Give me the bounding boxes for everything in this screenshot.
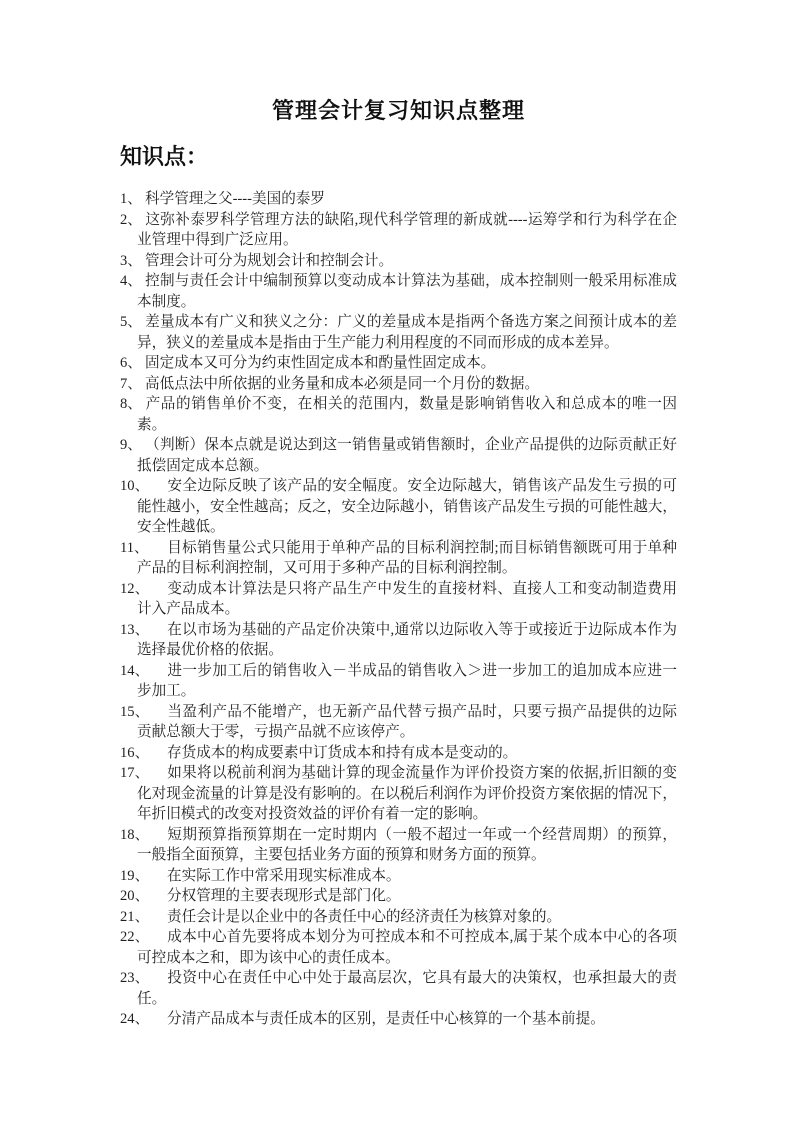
list-item: 13、在以市场为基础的产品定价决策中,通常以边际收入等于或接近于边际成本作为选择… — [120, 620, 677, 661]
item-number: 18、 — [120, 825, 167, 846]
knowledge-points-list: 1、科学管理之父----美国的泰罗2、这弥补泰罗科学管理方法的缺陷,现代科学管理… — [120, 189, 677, 1030]
item-number: 2、 — [120, 210, 145, 231]
list-item: 10、安全边际反映了该产品的安全幅度。安全边际越大，销售该产品发生亏损的可能性越… — [120, 476, 677, 538]
item-number: 4、 — [120, 271, 145, 292]
item-text: 短期预算指预算期在一定时期内（一般不超过一年或一个经营周期）的预算，一般指全面预… — [137, 827, 677, 864]
item-text: 产品的销售单价不变，在相关的范围内，数量是影响销售收入和总成本的唯一因素。 — [137, 396, 677, 433]
item-text: 投资中心在责任中心中处于最高层次，它具有最大的决策权，也承担最大的责任。 — [137, 970, 677, 1007]
item-text: 高低点法中所依据的业务量和成本必须是同一个月份的数据。 — [145, 376, 539, 392]
item-number: 6、 — [120, 353, 145, 374]
item-text: 变动成本计算法是只将产品生产中发生的直接材料、直接人工和变动制造费用计入产品成本… — [137, 581, 677, 618]
item-number: 3、 — [120, 251, 145, 272]
item-number: 24、 — [120, 1009, 167, 1030]
list-item: 20、分权管理的主要表现形式是部门化。 — [120, 886, 677, 907]
item-text: （判断）保本点就是说达到这一销售量或销售额时，企业产品提供的边际贡献正好抵偿固定… — [137, 437, 677, 474]
item-number: 5、 — [120, 312, 145, 333]
list-item: 1、科学管理之父----美国的泰罗 — [120, 189, 677, 210]
list-item: 15、当盈利产品不能增产，也无新产品代替亏损产品时，只要亏损产品提供的边际贡献总… — [120, 702, 677, 743]
document-page: 管理会计复习知识点整理 知识点： 1、科学管理之父----美国的泰罗2、这弥补泰… — [0, 0, 793, 1122]
item-text: 如果将以税前利润为基础计算的现金流量作为评价投资方案的依据,折旧额的变化对现金流… — [137, 765, 677, 822]
item-number: 7、 — [120, 374, 145, 395]
item-number: 22、 — [120, 927, 167, 948]
item-text: 分清产品成本与责任成本的区别，是责任中心核算的一个基本前提。 — [167, 1011, 605, 1027]
item-text: 成本中心首先要将成本划分为可控成本和不可控成本,属于某个成本中心的各项可控成本之… — [137, 929, 677, 966]
list-item: 22、成本中心首先要将成本划分为可控成本和不可控成本,属于某个成本中心的各项可控… — [120, 927, 677, 968]
list-item: 24、分清产品成本与责任成本的区别，是责任中心核算的一个基本前提。 — [120, 1009, 677, 1030]
item-number: 17、 — [120, 763, 167, 784]
list-item: 11、目标销售量公式只能用于单种产品的目标利润控制;而目标销售额既可用于单种产品… — [120, 538, 677, 579]
item-text: 目标销售量公式只能用于单种产品的目标利润控制;而目标销售额既可用于单种产品的目标… — [137, 540, 677, 577]
list-item: 2、这弥补泰罗科学管理方法的缺陷,现代科学管理的新成就----运筹学和行为科学在… — [120, 210, 677, 251]
item-text: 管理会计可分为规划会计和控制会计。 — [145, 253, 393, 269]
item-text: 在实际工作中常采用现实标准成本。 — [167, 868, 401, 884]
item-number: 23、 — [120, 968, 167, 989]
item-number: 14、 — [120, 661, 167, 682]
item-text: 分权管理的主要表现形式是部门化。 — [167, 888, 401, 904]
section-heading: 知识点： — [120, 143, 677, 171]
item-text: 这弥补泰罗科学管理方法的缺陷,现代科学管理的新成就----运筹学和行为科学在企业… — [137, 212, 677, 249]
item-text: 差量成本有广义和狭义之分：广义的差量成本是指两个备选方案之间预计成本的差异，狭义… — [137, 314, 677, 351]
list-item: 3、管理会计可分为规划会计和控制会计。 — [120, 251, 677, 272]
item-number: 16、 — [120, 743, 167, 764]
item-text: 责任会计是以企业中的各责任中心的经济责任为核算对象的。 — [167, 909, 561, 925]
item-text: 存货成本的构成要素中订货成本和持有成本是变动的。 — [167, 745, 517, 761]
item-text: 固定成本又可分为约束性固定成本和酌量性固定成本。 — [145, 355, 495, 371]
list-item: 7、高低点法中所依据的业务量和成本必须是同一个月份的数据。 — [120, 374, 677, 395]
list-item: 4、控制与责任会计中编制预算以变动成本计算法为基础，成本控制则一般采用标准成本制… — [120, 271, 677, 312]
item-text: 科学管理之父----美国的泰罗 — [145, 191, 325, 207]
item-text: 在以市场为基础的产品定价决策中,通常以边际收入等于或接近于边际成本作为选择最优价… — [137, 622, 677, 659]
list-item: 16、存货成本的构成要素中订货成本和持有成本是变动的。 — [120, 743, 677, 764]
list-item: 14、进一步加工后的销售收入－半成品的销售收入＞进一步加工的追加成本应进一步加工… — [120, 661, 677, 702]
list-item: 5、差量成本有广义和狭义之分：广义的差量成本是指两个备选方案之间预计成本的差异，… — [120, 312, 677, 353]
item-number: 11、 — [120, 538, 167, 559]
item-number: 9、 — [120, 435, 145, 456]
item-number: 1、 — [120, 189, 145, 210]
list-item: 23、投资中心在责任中心中处于最高层次，它具有最大的决策权，也承担最大的责任。 — [120, 968, 677, 1009]
item-number: 21、 — [120, 907, 167, 928]
item-text: 进一步加工后的销售收入－半成品的销售收入＞进一步加工的追加成本应进一步加工。 — [137, 663, 677, 700]
list-item: 17、如果将以税前利润为基础计算的现金流量作为评价投资方案的依据,折旧额的变化对… — [120, 763, 677, 825]
item-number: 13、 — [120, 620, 167, 641]
item-number: 10、 — [120, 476, 167, 497]
list-item: 19、在实际工作中常采用现实标准成本。 — [120, 866, 677, 887]
list-item: 12、变动成本计算法是只将产品生产中发生的直接材料、直接人工和变动制造费用计入产… — [120, 579, 677, 620]
item-number: 15、 — [120, 702, 167, 723]
item-number: 8、 — [120, 394, 145, 415]
list-item: 9、（判断）保本点就是说达到这一销售量或销售额时，企业产品提供的边际贡献正好抵偿… — [120, 435, 677, 476]
item-text: 控制与责任会计中编制预算以变动成本计算法为基础，成本控制则一般采用标准成本制度。 — [137, 273, 677, 310]
item-number: 12、 — [120, 579, 167, 600]
page-title: 管理会计复习知识点整理 — [120, 96, 677, 126]
item-number: 19、 — [120, 866, 167, 887]
list-item: 18、短期预算指预算期在一定时期内（一般不超过一年或一个经营周期）的预算，一般指… — [120, 825, 677, 866]
item-number: 20、 — [120, 886, 167, 907]
item-text: 安全边际反映了该产品的安全幅度。安全边际越大，销售该产品发生亏损的可能性越小，安… — [137, 478, 677, 535]
list-item: 21、责任会计是以企业中的各责任中心的经济责任为核算对象的。 — [120, 907, 677, 928]
list-item: 6、固定成本又可分为约束性固定成本和酌量性固定成本。 — [120, 353, 677, 374]
list-item: 8、产品的销售单价不变，在相关的范围内，数量是影响销售收入和总成本的唯一因素。 — [120, 394, 677, 435]
item-text: 当盈利产品不能增产，也无新产品代替亏损产品时，只要亏损产品提供的边际贡献总额大于… — [137, 704, 677, 741]
